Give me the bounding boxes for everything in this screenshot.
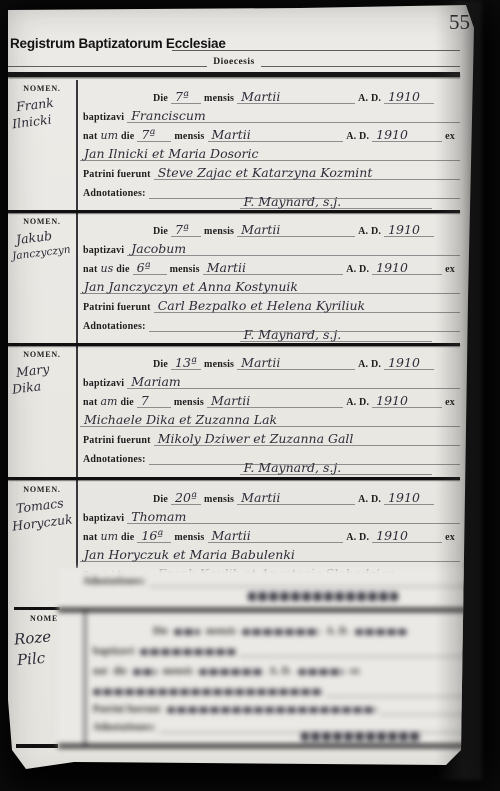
birth-date-row-blurred: nat die mensis A. D. ex xyxy=(90,662,469,677)
entry-separator-blurred xyxy=(58,608,475,612)
godparents-row-blurred: Patrini fuerunt xyxy=(90,700,469,715)
godparents-row: Patrini fuerunt Carl Bezpalko et Helena … xyxy=(80,296,460,313)
nat-suffix: um xyxy=(101,129,119,142)
birth-month: Martii xyxy=(212,128,251,141)
birth-day: 7ª xyxy=(141,128,155,141)
baptizavi-label: baptizavi xyxy=(80,245,127,256)
die-label: Die xyxy=(150,93,171,104)
ad-label: A. D. xyxy=(343,397,372,408)
mensis-label: mensis xyxy=(201,494,237,505)
birth-month: Martii xyxy=(212,529,251,542)
birth-year: 1910 xyxy=(376,128,408,141)
baptized-name: Mariam xyxy=(131,375,181,388)
godparents-names: Mikoly Dziwer et Zuzanna Gall xyxy=(158,432,354,445)
nat-label: nat xyxy=(80,532,101,543)
nat-suffix: um xyxy=(101,530,119,543)
birth-date-row: nat am die 7 mensis Martii A. D. 1910 ex xyxy=(80,391,460,408)
baptized-name: Thomam xyxy=(131,510,186,523)
birth-date-row: nat um die 16ª mensis Martii A. D. 1910 … xyxy=(80,526,460,543)
bottom-rule-fragment xyxy=(16,744,58,748)
baptism-entry-4: NOMEN. Tomacs Horyczuk Die 20ª mensis Ma… xyxy=(8,481,462,569)
blurred-scan-region: Adnotationes: Die mensis A. D. baptizavi xyxy=(58,568,475,750)
birth-month: Martii xyxy=(207,261,246,274)
scanned-register-page: 55 Registrum Baptizatorum Ecclesiae Dioe… xyxy=(0,0,500,791)
parents-names: Jan Horyczuk et Maria Babulenki xyxy=(84,548,295,561)
ad-label: A. D. xyxy=(343,532,372,543)
ad-label: A. D. xyxy=(355,93,384,104)
baptism-day: 7ª xyxy=(175,90,189,103)
child-name-line1: Jakub xyxy=(15,228,53,247)
name-column: NOMEN. Mary Dika xyxy=(8,346,76,476)
birth-date-row: nat us die 6ª mensis Martii A. D. 1910 e… xyxy=(80,258,460,275)
entry-separator xyxy=(8,477,460,480)
baptism-year: 1910 xyxy=(388,491,420,504)
baptism-date-row-blurred: Die mensis A. D. xyxy=(90,622,469,637)
godparents-names: Carl Bezpalko et Helena Kyriliuk xyxy=(158,299,365,312)
nomen-label: NOMEN. xyxy=(8,350,76,359)
baptism-month: Martii xyxy=(241,90,280,103)
birth-year: 1910 xyxy=(376,394,408,407)
ad-label: A. D. xyxy=(355,494,384,505)
name-column-divider-blurred xyxy=(84,612,86,744)
die-lc-label: die xyxy=(113,264,132,275)
parents-names: Jan Ilnicki et Maria Dosoric xyxy=(84,147,259,160)
ad-label: A. D. xyxy=(343,264,372,275)
diocese-row: Dioecesis xyxy=(8,56,460,67)
mensis-label: mensis xyxy=(171,532,207,543)
birth-year: 1910 xyxy=(376,261,408,274)
mensis-label: mensis xyxy=(171,131,207,142)
godparents-row: Patrini fuerunt Mikoly Dziwer et Zuzanna… xyxy=(80,429,460,446)
parents-row: Jan Janczyczyn et Anna Kostynuik xyxy=(80,277,460,294)
baptism-month: Martii xyxy=(241,356,280,369)
ad-label: A. D. xyxy=(355,226,384,237)
ad-label: A. D. xyxy=(355,359,384,370)
die-lc-label: die xyxy=(118,131,137,142)
nat-label: nat xyxy=(80,131,101,142)
nat-suffix: am xyxy=(101,395,118,408)
parents-row: Jan Horyczuk et Maria Babulenki xyxy=(80,545,460,562)
diocese-line-right xyxy=(261,56,460,67)
baptized-name-row: baptizavi Franciscum xyxy=(80,106,460,123)
baptized-name-row: baptizavi Jacobum xyxy=(80,239,460,256)
child-name-line2: Ilnicki xyxy=(11,112,52,132)
annotations-row-blurred: Adnotationes: xyxy=(62,572,469,587)
baptism-month: Martii xyxy=(241,491,280,504)
birth-day: 6ª xyxy=(137,261,151,274)
godparents-row: Patrini fuerunt Steve Zajac et Katarzyna… xyxy=(80,163,460,180)
baptizavi-label: baptizavi xyxy=(80,378,127,389)
ad-label: A. D. xyxy=(343,131,372,142)
signature-row: F. Maynard, s.j. xyxy=(80,192,460,209)
godparents-names: Steve Zajac et Katarzyna Kozmint xyxy=(158,166,373,179)
nomen-label: NOMEN. xyxy=(8,217,76,226)
parents-row: Jan Ilnicki et Maria Dosoric xyxy=(80,144,460,161)
mensis-label: mensis xyxy=(167,264,203,275)
nomen-label: NOMEN. xyxy=(8,485,76,494)
baptism-month: Martii xyxy=(241,223,280,236)
baptism-date-row: Die 13ª mensis Martii A. D. 1910 xyxy=(80,353,460,370)
mensis-label: mensis xyxy=(201,226,237,237)
signature-row: F. Maynard, s.j. xyxy=(80,325,460,342)
bottom-rule-blurred xyxy=(58,744,475,748)
die-label: Die xyxy=(150,226,171,237)
baptized-name-row: baptizavi Mariam xyxy=(80,372,460,389)
birth-date-row: nat um die 7ª mensis Martii A. D. 1910 e… xyxy=(80,125,460,142)
baptism-year: 1910 xyxy=(388,356,420,369)
name-column: NOMEN. Frank Ilnicki xyxy=(8,80,76,210)
signature-row-blurred xyxy=(62,728,469,743)
baptized-name-row-blurred: baptizavi xyxy=(90,642,469,657)
baptism-date-row: Die 7ª mensis Martii A. D. 1910 xyxy=(80,87,460,104)
baptism-entry-2: NOMEN. Jakub Janczyczyn Die 7ª mensis Ma… xyxy=(8,213,462,343)
die-lc-label: die xyxy=(118,397,137,408)
baptism-day: 7ª xyxy=(175,223,189,236)
parents-row-blurred xyxy=(90,682,469,697)
baptism-year: 1910 xyxy=(388,90,420,103)
birth-day: 16ª xyxy=(141,529,163,542)
patrini-label: Patrini fuerunt xyxy=(80,435,154,446)
parents-names: Michaele Dika et Zuzanna Lak xyxy=(84,413,277,426)
child-name-line2: Dika xyxy=(11,378,42,396)
baptism-entry-3: NOMEN. Mary Dika Die 13ª mensis Martii A… xyxy=(8,346,462,476)
entry-fields: Die 7ª mensis Martii A. D. 1910 baptizav… xyxy=(80,213,460,343)
title-rule xyxy=(172,50,460,51)
header-thick-rule xyxy=(8,72,460,77)
priest-signature: F. Maynard, s.j. xyxy=(244,461,342,474)
signature-row: F. Maynard, s.j. xyxy=(80,458,460,475)
entry-separator-fragment xyxy=(14,607,60,610)
baptizavi-label: baptizavi xyxy=(80,513,127,524)
baptism-day: 13ª xyxy=(175,356,197,369)
diocese-line-left xyxy=(8,56,207,67)
illegible-signature xyxy=(248,592,398,601)
illegible-signature xyxy=(301,732,421,741)
signature-row-blurred xyxy=(62,588,469,603)
entry-fields: Die 7ª mensis Martii A. D. 1910 baptizav… xyxy=(80,80,460,210)
birth-month: Martii xyxy=(211,394,250,407)
nat-suffix: us xyxy=(101,262,114,275)
nomen-label-partial: NOME xyxy=(30,614,58,623)
mensis-label: mensis xyxy=(171,397,207,408)
patrini-label: Patrini fuerunt xyxy=(80,169,154,180)
child-name-line2: Pilc xyxy=(16,649,46,669)
register-title: Registrum Baptizatorum Ecclesiae xyxy=(10,36,226,51)
nomen-label: NOMEN. xyxy=(8,84,76,93)
name-column: NOMEN. Tomacs Horyczuk xyxy=(8,481,76,569)
diocese-label: Dioecesis xyxy=(207,57,260,67)
baptism-year: 1910 xyxy=(388,223,420,236)
child-name-line1: Roze xyxy=(13,627,52,648)
die-label: Die xyxy=(150,494,171,505)
baptism-day: 20ª xyxy=(175,491,197,504)
nat-label: nat xyxy=(80,397,101,408)
baptism-date-row: Die 7ª mensis Martii A. D. 1910 xyxy=(80,220,460,237)
entry-fields: Die 13ª mensis Martii A. D. 1910 baptiza… xyxy=(80,346,460,476)
baptized-name: Franciscum xyxy=(131,109,205,122)
mensis-label: mensis xyxy=(201,93,237,104)
paper-sheet: 55 Registrum Baptizatorum Ecclesiae Dioe… xyxy=(0,0,500,791)
entry-fields: Die 20ª mensis Martii A. D. 1910 baptiza… xyxy=(80,481,460,569)
child-name-line1: Mary xyxy=(15,361,50,380)
die-label: Die xyxy=(150,359,171,370)
mensis-label: mensis xyxy=(201,359,237,370)
baptizavi-label: baptizavi xyxy=(80,112,127,123)
priest-signature: F. Maynard, s.j. xyxy=(244,195,342,208)
baptized-name: Jacobum xyxy=(131,242,186,255)
birth-day: 7 xyxy=(141,394,149,407)
die-lc-label: die xyxy=(118,532,137,543)
parents-row: Michaele Dika et Zuzanna Lak xyxy=(80,410,460,427)
birth-year: 1910 xyxy=(376,529,408,542)
scan-edge-shadow xyxy=(436,0,482,780)
nat-label: nat xyxy=(80,264,101,275)
priest-signature: F. Maynard, s.j. xyxy=(244,328,342,341)
name-column: NOMEN. Jakub Janczyczyn xyxy=(8,213,76,343)
baptism-date-row: Die 20ª mensis Martii A. D. 1910 xyxy=(80,488,460,505)
parents-names: Jan Janczyczyn et Anna Kostynuik xyxy=(84,280,298,293)
baptized-name-row: baptizavi Thomam xyxy=(80,507,460,524)
baptism-entry-1: NOMEN. Frank Ilnicki Die 7ª mensis Marti… xyxy=(8,80,462,210)
patrini-label: Patrini fuerunt xyxy=(80,302,154,313)
